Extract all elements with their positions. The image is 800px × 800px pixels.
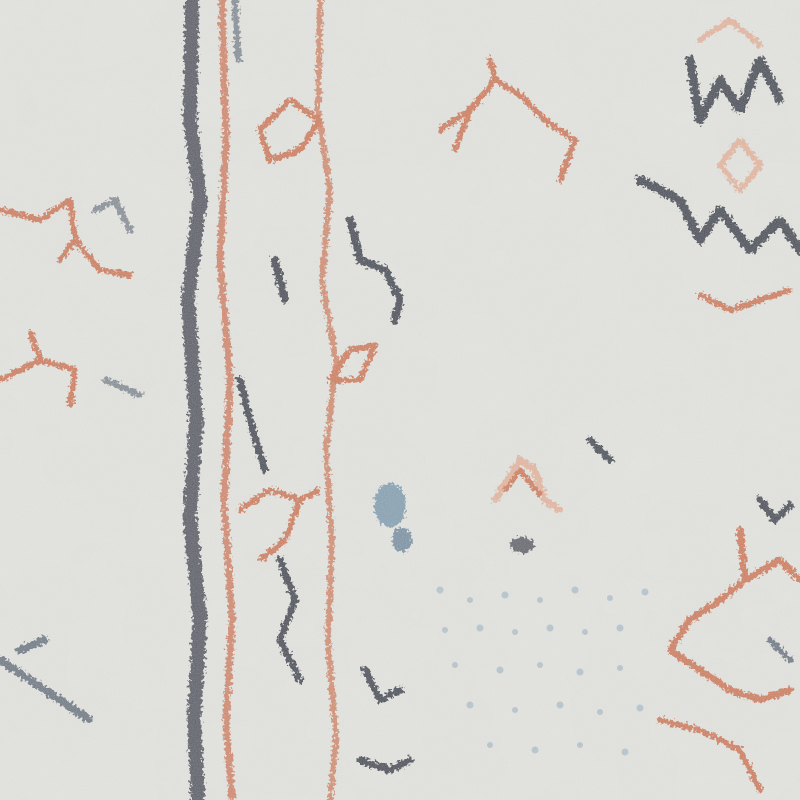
pile-texture (0, 0, 800, 800)
rug-texture-photo: Close-up of a distressed vintage-style w… (0, 0, 800, 800)
rug-illustration (0, 0, 800, 800)
